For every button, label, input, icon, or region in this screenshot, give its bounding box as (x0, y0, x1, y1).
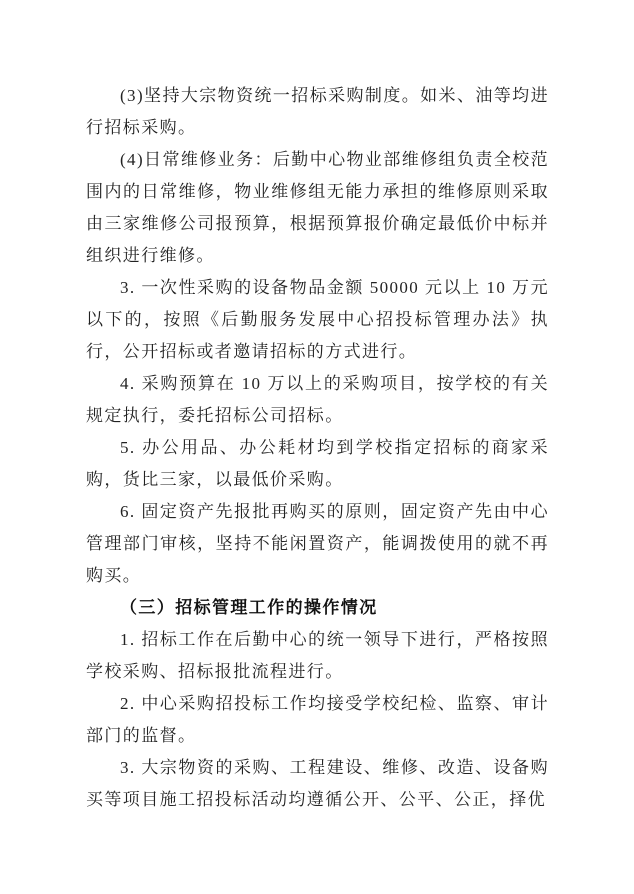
paragraph-sub-1: 1. 招标工作在后勤中心的统一领导下进行，严格按照学校采购、招标报批流程进行。 (86, 624, 549, 688)
section-heading-bidding-management: （三）招标管理工作的操作情况 (86, 592, 549, 624)
paragraph-item-3: (3)坚持大宗物资统一招标采购制度。如米、油等均进行招标采购。 (86, 80, 549, 144)
paragraph-point-3: 3. 一次性采购的设备物品金额 50000 元以上 10 万元以下的，按照《后勤… (86, 272, 549, 368)
document-page: (3)坚持大宗物资统一招标采购制度。如米、油等均进行招标采购。 (4)日常维修业… (0, 0, 634, 894)
paragraph-point-6: 6. 固定资产先报批再购买的原则，固定资产先由中心管理部门审核，坚持不能闲置资产… (86, 496, 549, 592)
paragraph-point-5: 5. 办公用品、办公耗材均到学校指定招标的商家采购，货比三家，以最低价采购。 (86, 432, 549, 496)
paragraph-sub-3: 3. 大宗物资的采购、工程建设、维修、改造、设备购买等项目施工招投标活动均遵循公… (86, 752, 549, 816)
paragraph-sub-2: 2. 中心采购招投标工作均接受学校纪检、监察、审计部门的监督。 (86, 688, 549, 752)
paragraph-point-4: 4. 采购预算在 10 万以上的采购项目，按学校的有关规定执行，委托招标公司招标… (86, 368, 549, 432)
paragraph-item-4: (4)日常维修业务：后勤中心物业部维修组负责全校范围内的日常维修，物业维修组无能… (86, 144, 549, 272)
